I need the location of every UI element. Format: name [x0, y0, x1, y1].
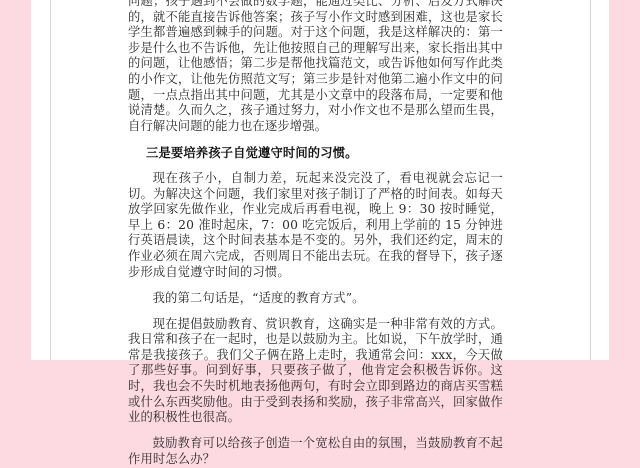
page-margin-rule-left	[50, 0, 51, 360]
paragraph-gap	[128, 134, 503, 145]
paragraph-time-schedule: 现在孩子小，自制力差，玩起来没完没了，看电视就会忘记一切。为解决这个问题，我们家…	[128, 171, 503, 280]
paragraph-gap	[128, 160, 503, 171]
paragraph-homework-guidance: 问题；孩子遇到不会做的数学题，能通过类比、分析、启发方式解决的，就不能直接告诉他…	[128, 0, 503, 134]
document-body: 问题；孩子遇到不会做的数学题，能通过类比、分析、启发方式解决的，就不能直接告诉他…	[128, 0, 503, 360]
paragraph-gap	[128, 280, 503, 291]
paragraph-encouragement: 现在提倡鼓励教育、赏识教育，这确实是一种非常有效的方式。我日常和孩子在一起时，也…	[128, 317, 503, 360]
paragraph-second-point: 我的第二句话是，“适度的教育方式”。	[128, 291, 503, 307]
section-heading-time-habit: 三是要培养孩子自觉遵守时间的习惯。	[128, 145, 503, 161]
page-margin-rule-right	[590, 0, 591, 360]
paragraph-gap	[128, 306, 503, 317]
